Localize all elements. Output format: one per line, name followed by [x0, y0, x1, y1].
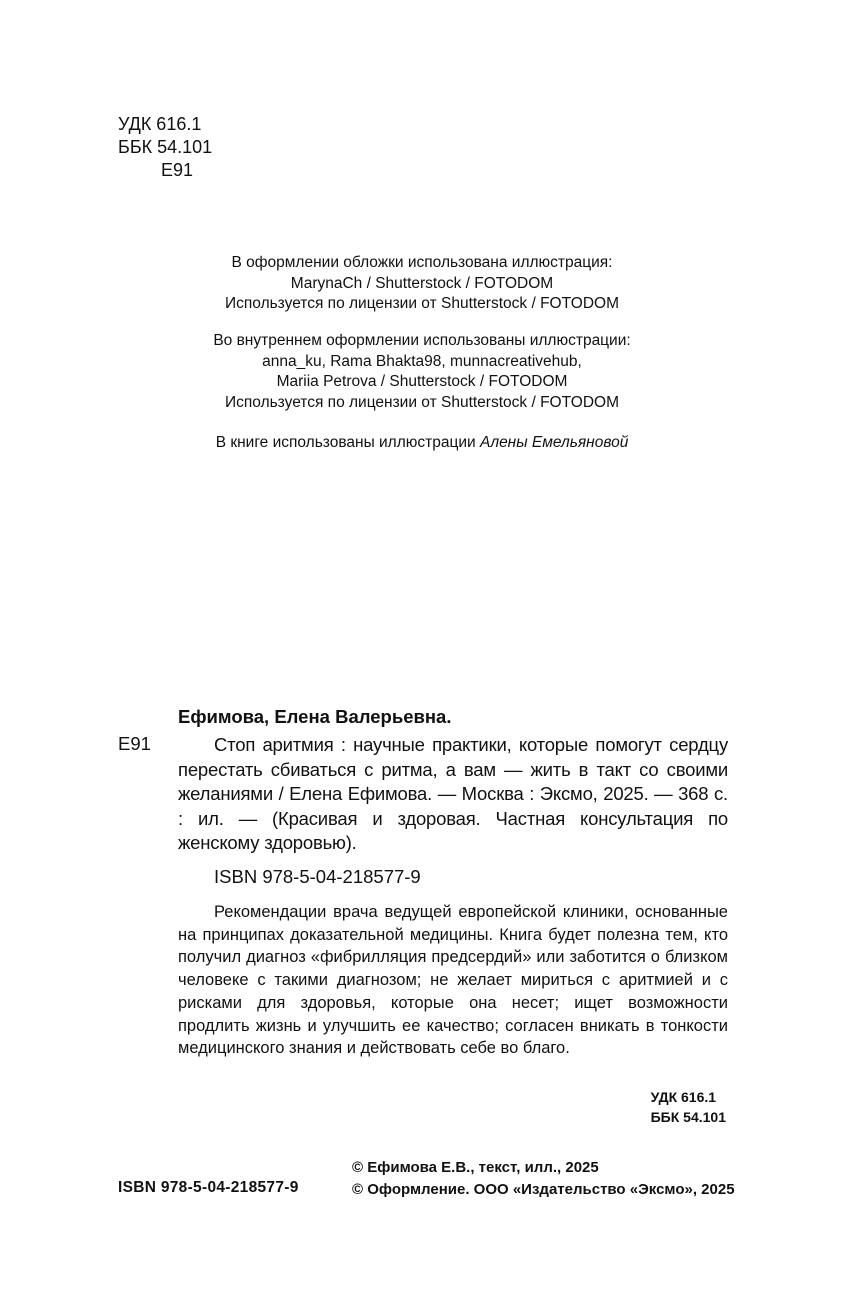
credit-line: anna_ku, Rama Bhakta98, munnacreativehub… — [0, 352, 844, 373]
bibliographic-description: Стоп аритмия : научные практики, которые… — [178, 733, 728, 856]
credit-prefix: В книге использованы иллюстрации — [216, 434, 480, 451]
cover-illustration-credits: В оформлении обложки использована иллюст… — [0, 253, 844, 315]
udk-code: УДК 616.1 — [118, 113, 212, 136]
credit-line: MarynaCh / Shutterstock / FOTODOM — [0, 274, 844, 295]
isbn: ISBN 978-5-04-218577-9 — [214, 866, 421, 888]
book-illustrations-credit: В книге использованы иллюстрации Алены Е… — [0, 433, 844, 454]
bbk-code: ББК 54.101 — [651, 1107, 726, 1127]
interior-illustration-credits: Во внутреннем оформлении использованы ил… — [0, 331, 844, 413]
annotation: Рекомендации врача ведущей европейской к… — [178, 901, 728, 1060]
copyright-block: © Ефимова Е.В., текст, илл., 2025 © Офор… — [352, 1157, 735, 1201]
footer-classification-codes: УДК 616.1 ББК 54.101 — [651, 1087, 726, 1127]
footer-isbn: ISBN 978-5-04-218577-9 — [118, 1179, 299, 1197]
illustrator-name: Алены Емельяновой — [480, 434, 628, 451]
author-mark: Е91 — [118, 159, 212, 182]
credit-line: Используется по лицензии от Shutterstock… — [0, 393, 844, 414]
author-heading: Ефимова, Елена Валерьевна. — [178, 706, 451, 728]
header-classification-codes: УДК 616.1 ББК 54.101 Е91 — [118, 113, 212, 182]
bbk-code: ББК 54.101 — [118, 136, 212, 159]
author-mark-left: Е91 — [118, 733, 151, 755]
udk-code: УДК 616.1 — [651, 1087, 726, 1107]
credit-line: В оформлении обложки использована иллюст… — [0, 253, 844, 274]
copyright-text: © Ефимова Е.В., текст, илл., 2025 — [352, 1157, 735, 1179]
copyright-design: © Оформление. ООО «Издательство «Эксмо»,… — [352, 1179, 735, 1201]
credit-line: Во внутреннем оформлении использованы ил… — [0, 331, 844, 352]
credit-line: Mariia Petrova / Shutterstock / FOTODOM — [0, 372, 844, 393]
credit-line: Используется по лицензии от Shutterstock… — [0, 294, 844, 315]
